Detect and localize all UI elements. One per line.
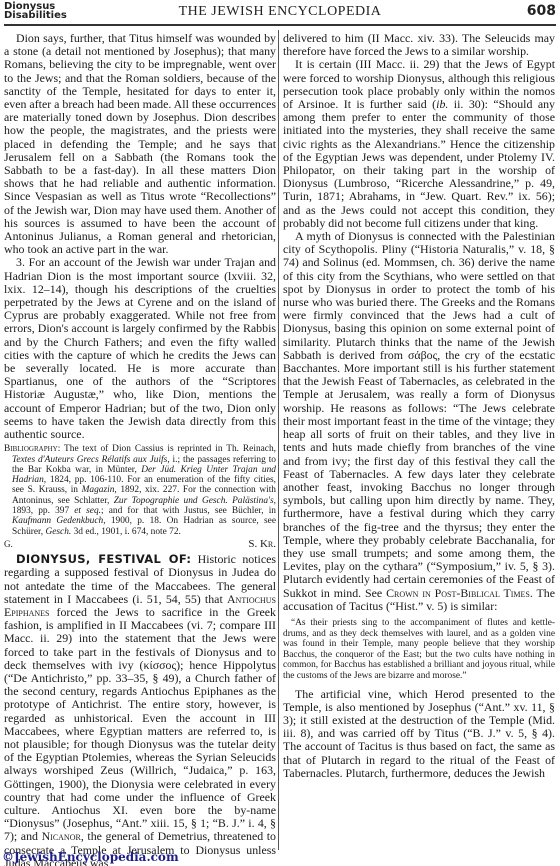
bibliography-title: et seq.	[74, 506, 101, 516]
cross-reference-crown[interactable]: Crown in Post-Biblical Times	[386, 586, 530, 600]
paragraph-seleucids: delivered to him (II Macc. xiv. 33). The…	[283, 32, 555, 58]
bibliography-title: Kaufmann Gedenkbuch	[12, 516, 103, 526]
bibliography-text: ; and for that with Justus, see Büchler,…	[101, 506, 276, 516]
cross-reference-nicanor[interactable]: Nicanor	[42, 829, 81, 843]
bibliography-title: Gesch.	[45, 527, 71, 537]
copyright-link[interactable]: ©JewishEncyclopedia.com	[2, 850, 179, 864]
bibliography-text: The text of Dion Cassius is reprinted in…	[60, 444, 276, 454]
bibliography-label: Bibliography:	[4, 444, 60, 454]
page-number: 608	[527, 3, 556, 19]
ibid-abbrev: ib.	[436, 97, 448, 111]
paragraph-text: A myth of Dionysus is connected with the…	[283, 229, 555, 599]
signature-initial: G.	[4, 538, 13, 551]
column-divider	[278, 30, 279, 850]
running-title: THE JEWISH ENCYCLOPEDIA	[4, 4, 556, 20]
right-column: delivered to him (II Macc. xiv. 33). The…	[283, 32, 555, 780]
bibliography-title: Textes d'Auteurs Grecs Rélatifs aux Juif…	[12, 455, 167, 465]
paragraph-egypt: It is certain (III Macc. ii. 29) that th…	[283, 58, 555, 230]
bibliography-text: 3d ed., 1901, i. 674, note 72.	[71, 527, 181, 537]
entry-text: forced the Jews to sacrifice in the Gree…	[4, 605, 276, 843]
paragraph-dion-titus: Dion says, further, that Titus himself w…	[4, 32, 276, 256]
paragraph-trajan-hadrian: 3. For an account of the Jewish war unde…	[4, 256, 276, 441]
left-column: Dion says, further, that Titus himself w…	[4, 32, 276, 866]
paragraph-artificial-vine: The artificial vine, which Herod present…	[283, 688, 555, 780]
bibliography: Bibliography: The text of Dion Cassius i…	[4, 444, 276, 537]
encyclopedia-page: Dionysus Disabilities THE JEWISH ENCYCLO…	[0, 0, 560, 866]
entry-dionysus-festival: DIONYSUS, FESTIVAL OF: Historic notices …	[4, 553, 276, 866]
paragraph-text: ii. 30): “Should any among them prefer t…	[283, 97, 555, 230]
entry-heading: DIONYSUS, FESTIVAL OF:	[16, 552, 191, 566]
tacitus-quote: “As their priests sing to the accompanim…	[283, 618, 555, 682]
author-signature: G. S. Kr.	[4, 538, 276, 551]
bibliography-title: Magazin	[82, 485, 115, 495]
signature-author: S. Kr.	[248, 538, 276, 551]
bibliography-title: Zur Topographie und Gesch. Palästina's	[114, 496, 274, 506]
header-rule	[4, 24, 556, 26]
page-header: Dionysus Disabilities THE JEWISH ENCYCLO…	[4, 2, 556, 24]
paragraph-plutarch: A myth of Dionysus is connected with the…	[283, 230, 555, 613]
